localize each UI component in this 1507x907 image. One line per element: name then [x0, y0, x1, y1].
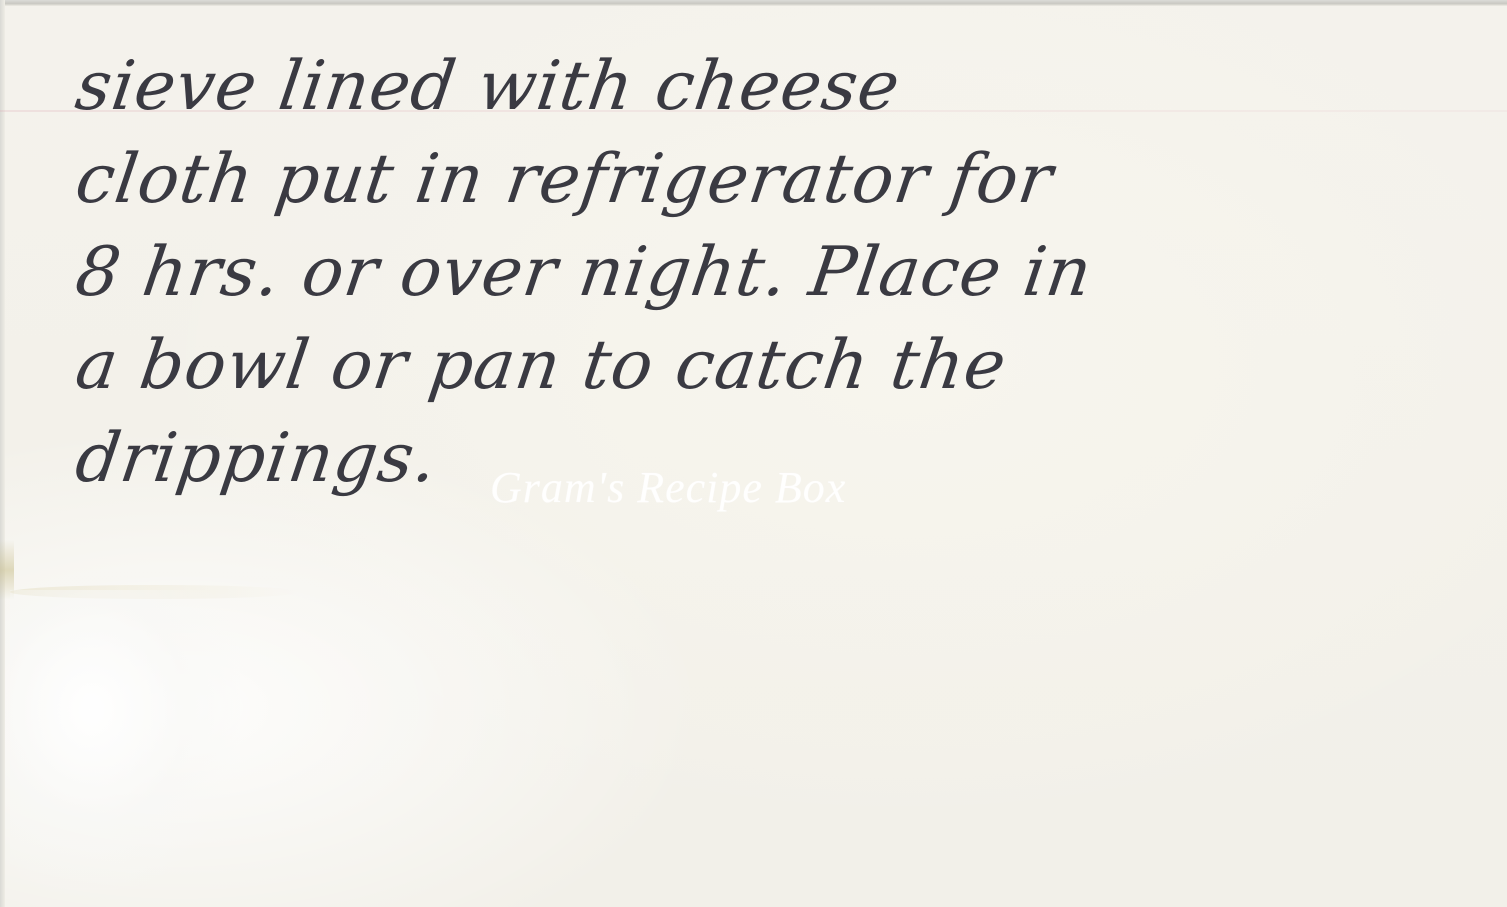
card-left-edge	[0, 0, 5, 907]
worn-paper-patch	[10, 590, 240, 890]
handwritten-line: cloth put in refrigerator for	[70, 133, 1463, 226]
handwritten-text: sieve lined with cheese cloth put in ref…	[70, 40, 1450, 505]
handwritten-line: 8 hrs. or over night. Place in	[70, 226, 1463, 319]
recipe-card: sieve lined with cheese cloth put in ref…	[0, 0, 1507, 907]
handwritten-line: a bowl or pan to catch the	[70, 319, 1463, 412]
watermark: Gram's Recipe Box	[490, 462, 846, 513]
handwritten-line: sieve lined with cheese	[70, 40, 1463, 133]
card-top-edge	[0, 0, 1507, 6]
